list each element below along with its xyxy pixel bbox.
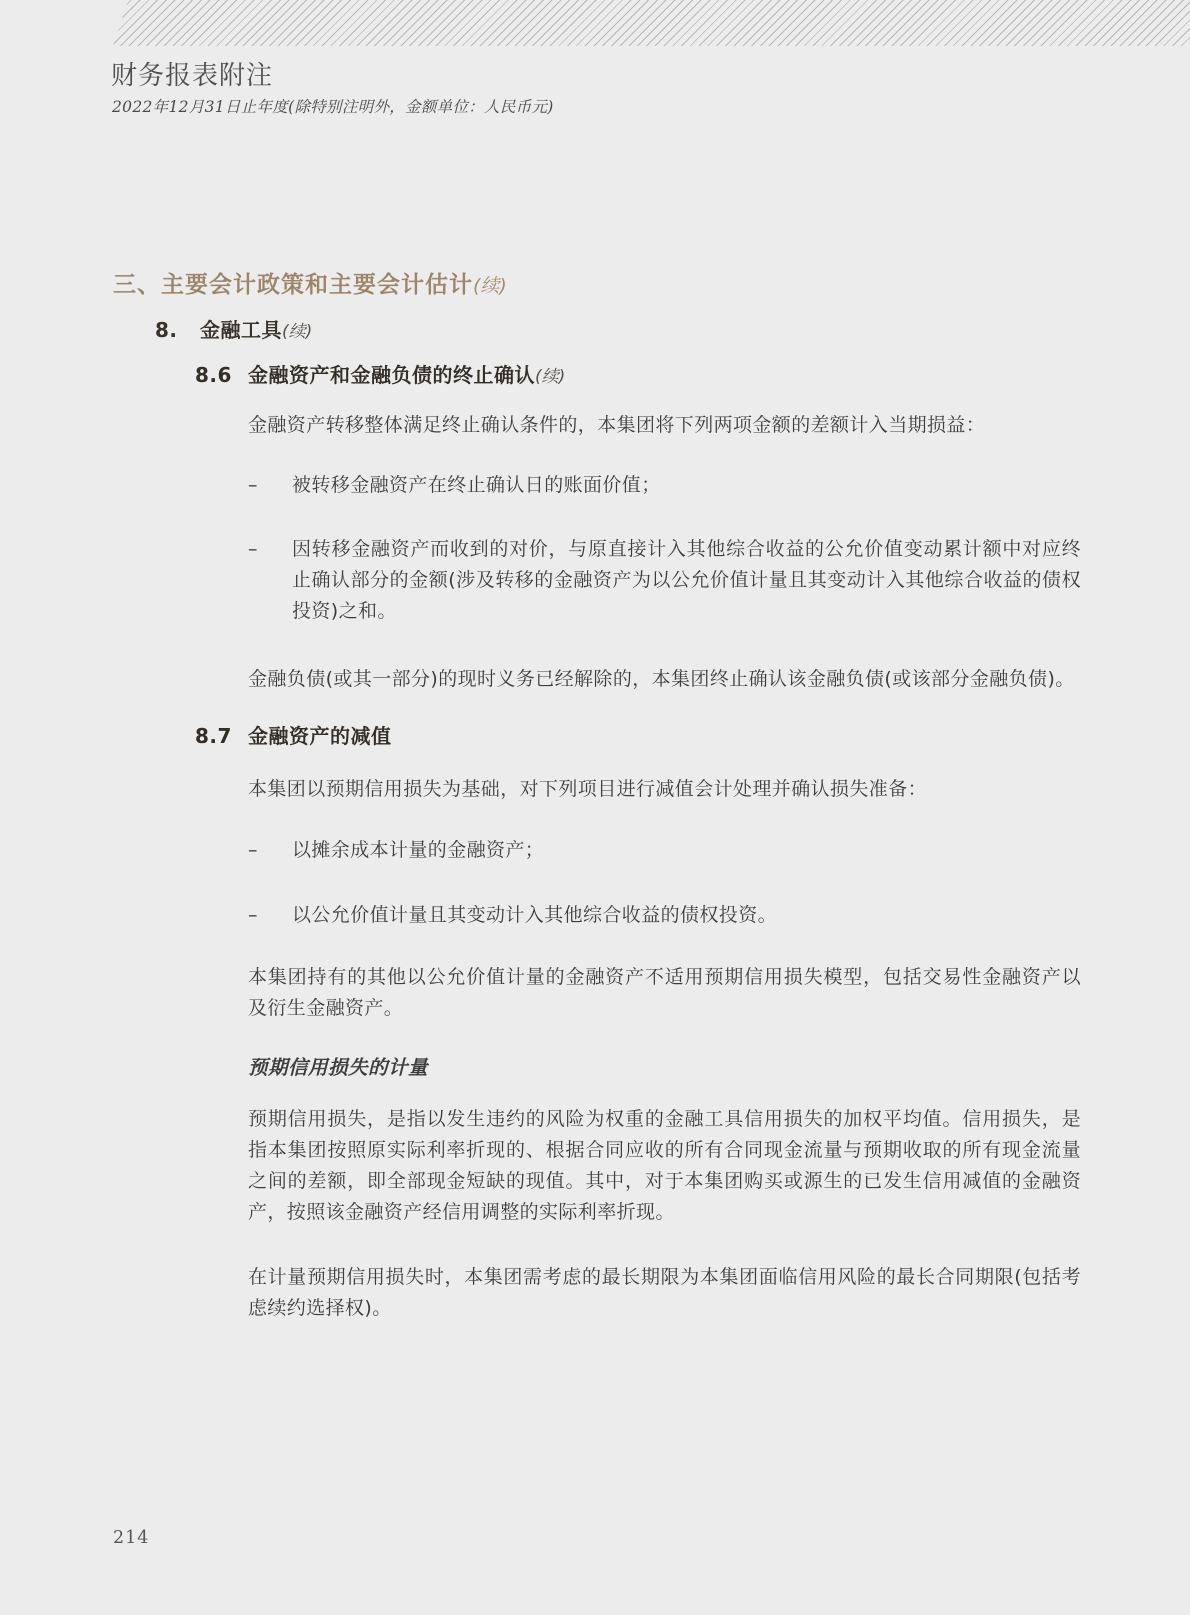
page-subtitle: 2022年12月31日止年度(除特别注明外，金额单位：人民币元) <box>112 95 554 117</box>
subsection-8-6-title-text: 金融资产和金融负债的终止确认 <box>248 363 535 387</box>
subsection-8-6-heading: 8.6 金融资产和金融负债的终止确认(续) <box>195 359 565 388</box>
header-hatch-decoration <box>113 0 1190 46</box>
section-heading: 三、主要会计政策和主要会计估计(续) <box>113 266 507 299</box>
subsection-8-title: 金融工具(续) <box>200 314 312 343</box>
subsection-8-title-text: 金融工具 <box>200 318 282 342</box>
list-item-text: 以摊余成本计量的金融资产； <box>292 835 1081 866</box>
bullet-dash-marker: – <box>248 900 292 931</box>
subsection-8-7-title: 金融资产的减值 <box>248 720 392 749</box>
subsection-8-6-continued-label: (续) <box>535 367 565 387</box>
subsection-8-heading: 8. 金融工具(续) <box>155 314 312 343</box>
bullet-dash-marker: – <box>248 835 292 866</box>
paragraph-ecl-definition: 预期信用损失，是指以发生违约的风险为权重的金融工具信用损失的加权平均值。信用损失… <box>248 1104 1081 1228</box>
list-item-consideration-received: – 因转移金融资产而收到的对价，与原直接计入其他综合收益的公允价值变动累计额中对… <box>248 534 1081 627</box>
list-item-amortized-cost-assets: – 以摊余成本计量的金融资产； <box>248 835 1081 866</box>
subsection-8-continued-label: (续) <box>282 322 312 342</box>
section-title: 主要会计政策和主要会计估计 <box>161 272 473 298</box>
paragraph-impairment-intro: 本集团以预期信用损失为基础，对下列项目进行减值会计处理并确认损失准备： <box>248 774 1081 805</box>
list-item-text: 被转移金融资产在终止确认日的账面价值； <box>292 470 1081 501</box>
list-item-text: 因转移金融资产而收到的对价，与原直接计入其他综合收益的公允价值变动累计额中对应终… <box>292 534 1081 627</box>
paragraph-other-fv-assets: 本集团持有的其他以公允价值计量的金融资产不适用预期信用损失模型，包括交易性金融资… <box>248 962 1081 1024</box>
page-number: 214 <box>113 1528 149 1548</box>
bullet-dash-marker: – <box>248 470 292 501</box>
list-item-fvoci-debt-investments: – 以公允价值计量且其变动计入其他综合收益的债权投资。 <box>248 900 1081 931</box>
list-item-text: 以公允价值计量且其变动计入其他综合收益的债权投资。 <box>292 900 1081 931</box>
bullet-dash-marker: – <box>248 534 292 627</box>
paragraph-financial-liability-derecognition: 金融负债(或其一部分)的现时义务已经解除的，本集团终止确认该金融负债(或该部分金… <box>248 664 1081 695</box>
list-item-carrying-amount: – 被转移金融资产在终止确认日的账面价值； <box>248 470 1081 501</box>
page-title: 财务报表附注 <box>111 55 273 92</box>
paragraph-derecognition-intro: 金融资产转移整体满足终止确认条件的，本集团将下列两项金额的差额计入当期损益： <box>248 410 1081 441</box>
subsection-8-6-title: 金融资产和金融负债的终止确认(续) <box>248 359 565 388</box>
document-page: 财务报表附注 2022年12月31日止年度(除特别注明外，金额单位：人民币元) … <box>0 0 1190 1615</box>
section-continued-label: (续) <box>473 275 507 297</box>
paragraph-ecl-max-period: 在计量预期信用损失时，本集团需考虑的最长期限为本集团面临信用风险的最长合同期限(… <box>248 1262 1081 1324</box>
ecl-measurement-subheading: 预期信用损失的计量 <box>248 1052 428 1080</box>
subsection-8-7-number: 8.7 <box>195 724 248 748</box>
section-number: 三、 <box>113 272 161 298</box>
subsection-8-6-number: 8.6 <box>195 363 248 387</box>
subsection-8-7-heading: 8.7 金融资产的减值 <box>195 720 392 749</box>
subsection-8-number: 8. <box>155 318 200 342</box>
